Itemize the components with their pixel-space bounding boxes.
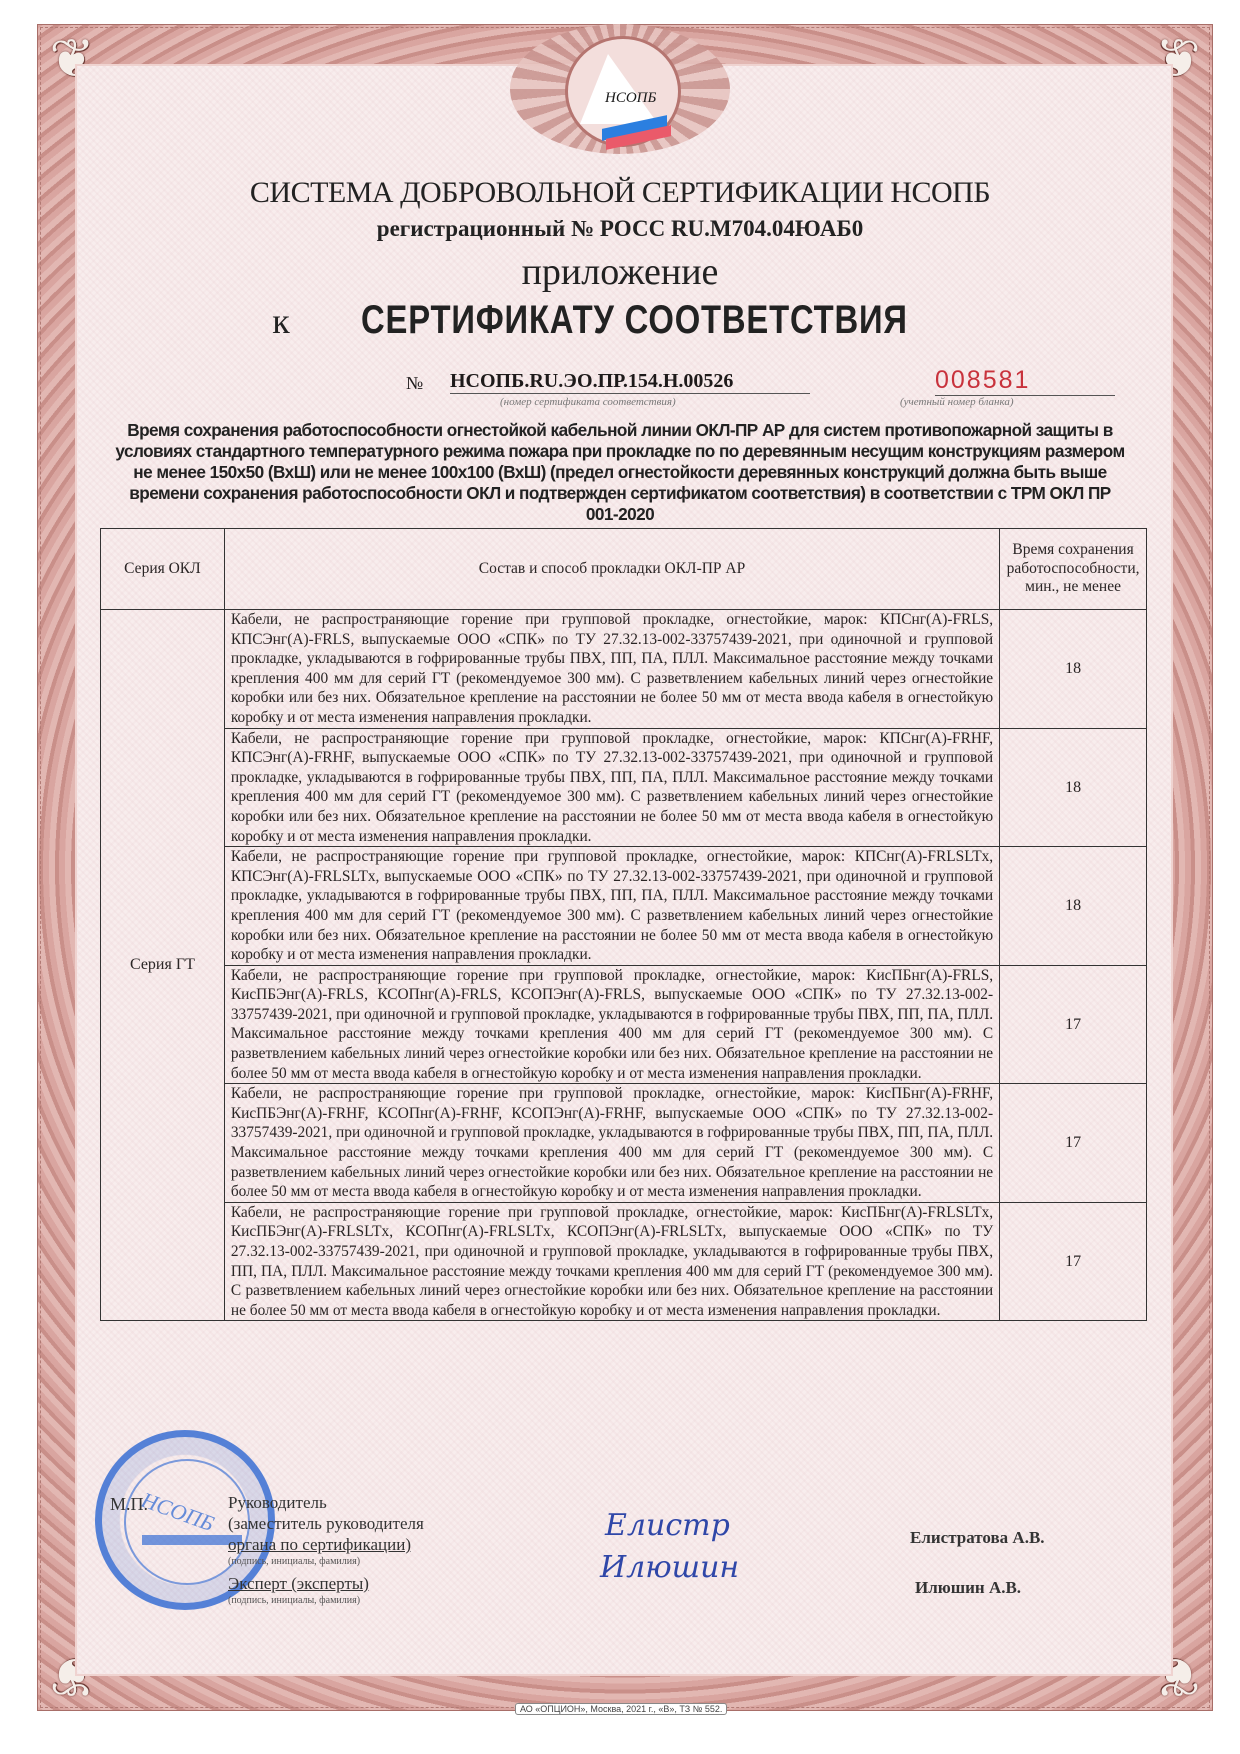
expert-name: Илюшин А.В. — [915, 1578, 1021, 1598]
certificate-number-line: № НСОПБ.RU.ЭО.ПР.154.Н.00526 (номер серт… — [380, 370, 1080, 410]
printer-imprint: АО «ОПЦИОН», Москва, 2021 г., «В», ТЗ № … — [515, 1703, 727, 1715]
head-role-line2: (заместитель руководителя — [228, 1514, 424, 1533]
certificate-title: к СЕРТИФИКАТУ СООТВЕТСТВИЯ — [0, 298, 1240, 343]
time-cell: 18 — [1000, 847, 1147, 966]
series-cell: Серия ГТ — [101, 610, 225, 1321]
head-role-line1: Руководитель — [228, 1493, 327, 1512]
expert-role: Эксперт (эксперты) (подпись, инициалы, ф… — [228, 1574, 369, 1607]
table-row: Кабели, не распространяющие горение при … — [101, 1084, 1147, 1203]
table-row: Кабели, не распространяющие горение при … — [101, 965, 1147, 1084]
header-time: Время сохранения работоспособности, мин.… — [1000, 529, 1147, 610]
content-cell: Кабели, не распространяющие горение при … — [224, 847, 999, 966]
table-header-row: Серия ОКЛ Состав и способ прокладки ОКЛ-… — [101, 529, 1147, 610]
appendix-title: приложение — [0, 250, 1240, 294]
certificate-heading: СЕРТИФИКАТУ СООТВЕТСТВИЯ — [361, 298, 908, 343]
expert-role-label: Эксперт (эксперты) — [228, 1574, 369, 1593]
expert-caption: (подпись, инициалы, фамилия) — [228, 1594, 369, 1607]
table-body: Серия ГТКабели, не распространяющие горе… — [101, 610, 1147, 1321]
certificate-prefix: к — [272, 301, 290, 341]
number-label: № — [406, 373, 423, 394]
certificate-number-caption: (номер сертификата соответствия) — [500, 396, 676, 408]
table-row: Кабели, не распространяющие горение при … — [101, 847, 1147, 966]
head-role-line3: органа по сертификации) — [228, 1535, 411, 1554]
head-signature: Елистр — [605, 1508, 730, 1543]
signature-block: М.П. Руководитель (заместитель руководит… — [100, 1488, 1140, 1628]
emblem-logo-text: НСОПБ — [605, 90, 656, 107]
head-caption: (подпись, инициалы, фамилия) — [228, 1555, 424, 1568]
table-row: Кабели, не распространяющие горение при … — [101, 1202, 1147, 1321]
time-cell: 17 — [1000, 965, 1147, 1084]
content-cell: Кабели, не распространяющие горение при … — [224, 1202, 999, 1321]
table-row: Серия ГТКабели, не распространяющие горе… — [101, 610, 1147, 729]
content-cell: Кабели, не распространяющие горение при … — [224, 610, 999, 729]
head-name: Елистратова А.В. — [910, 1528, 1045, 1548]
scope-description: Время сохранения работоспособности огнес… — [112, 420, 1128, 525]
certificate-number: НСОПБ.RU.ЭО.ПР.154.Н.00526 — [450, 370, 810, 394]
time-cell: 17 — [1000, 1202, 1147, 1321]
nsopb-emblem: НСОПБ — [510, 24, 730, 154]
registration-number: регистрационный № РОСС RU.М704.04ЮАБ0 — [0, 216, 1240, 242]
blank-number: 008581 — [935, 366, 1115, 396]
blank-number-caption: (учетный номер бланка) — [900, 396, 1014, 408]
system-title: СИСТЕМА ДОБРОВОЛЬНОЙ СЕРТИФИКАЦИИ НСОПБ — [0, 176, 1240, 210]
content-cell: Кабели, не распространяющие горение при … — [224, 728, 999, 847]
expert-signature: Илюшин — [600, 1550, 739, 1585]
time-cell: 18 — [1000, 728, 1147, 847]
triangle-logo-icon — [580, 54, 658, 124]
header-content: Состав и способ прокладки ОКЛ-ПР АР — [224, 529, 999, 610]
content-cell: Кабели, не распространяющие горение при … — [224, 1084, 999, 1203]
head-role: Руководитель (заместитель руководителя о… — [228, 1492, 424, 1568]
compliance-table: Серия ОКЛ Состав и способ прокладки ОКЛ-… — [100, 528, 1147, 1321]
content-cell: Кабели, не распространяющие горение при … — [224, 965, 999, 1084]
time-cell: 17 — [1000, 1084, 1147, 1203]
stamp-place-label: М.П. — [110, 1494, 148, 1515]
time-cell: 18 — [1000, 610, 1147, 729]
header-series: Серия ОКЛ — [101, 529, 225, 610]
table-row: Кабели, не распространяющие горение при … — [101, 728, 1147, 847]
